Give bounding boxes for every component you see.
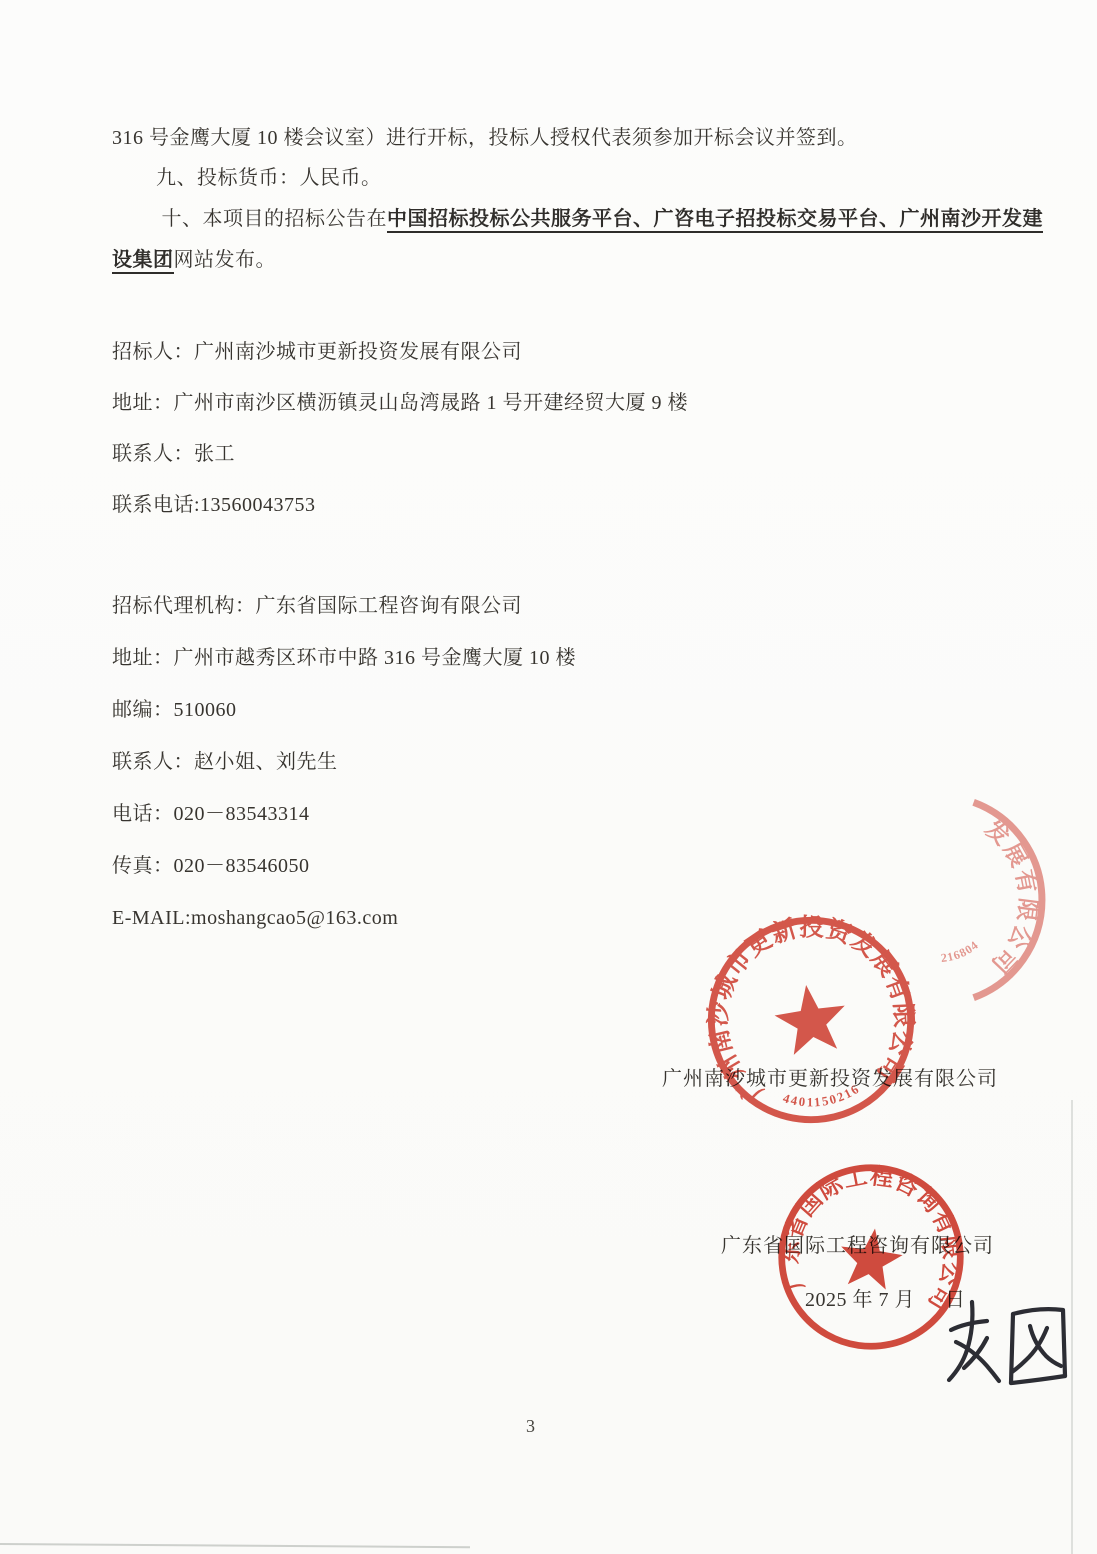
info-line-address: 地址：广州市南沙区横沥镇灵山岛湾晟路 1 号开建经贸大厦 9 楼 [112, 378, 688, 429]
info-line-agency-address: 地址：广州市越秀区环市中路 316 号金鹰大厦 10 楼 [112, 632, 576, 684]
scanned-document-page: 316 号金鹰大厦 10 楼会议室）进行开标，投标人授权代表须参加开标会议并签到… [0, 0, 1097, 1554]
svg-text:216804: 216804 [940, 938, 981, 965]
info-line-contact: 联系人：张工 [112, 429, 688, 480]
underlined-platforms-line1: 中国招标投标公共服务平台、广咨电子招投标交易平台、广州南沙开发建 [387, 208, 1043, 233]
tenderer-info-block: 招标人：广州南沙城市更新投资发展有限公司 地址：广州市南沙区横沥镇灵山岛湾晟路 … [112, 327, 688, 531]
paragraph-item-10: 十、本项目的招标公告在中国招标投标公共服务平台、广咨电子招投标交易平台、广州南沙… [112, 199, 1092, 281]
seal-star-icon [771, 980, 851, 1057]
partial-seal-code: 216804 [940, 938, 981, 965]
partial-seal-text: 发展有限公司 [980, 815, 1041, 979]
continuation-text: 316 号金鹰大厦 10 楼会议室）进行开标，投标人授权代表须参加开标会议并签到… [112, 127, 858, 149]
info-line-postcode: 邮编：510060 [112, 684, 576, 736]
item9-text: 九、投标货币：人民币。 [156, 167, 382, 189]
page-number: 3 [526, 1416, 535, 1437]
info-line-agency-fax: 传真：020－83546050 [112, 840, 576, 892]
info-line-agency-email: E-MAIL:moshangcao5@163.com [112, 892, 576, 944]
info-line-tenderer: 招标人：广州南沙城市更新投资发展有限公司 [112, 327, 688, 378]
handwritten-signature [933, 1286, 1073, 1398]
info-line-agency-phone: 电话：020－83543314 [112, 788, 576, 840]
seal-star-icon [836, 1224, 906, 1291]
info-line-agency-contact: 联系人：赵小姐、刘先生 [112, 736, 576, 788]
info-line-phone: 联系电话:13560043753 [112, 480, 688, 531]
paragraph-item-9: 九、投标货币：人民币。 [112, 158, 1092, 199]
agency-info-block: 招标代理机构：广东省国际工程咨询有限公司 地址：广州市越秀区环市中路 316 号… [112, 580, 576, 944]
scan-edge-line-bottom [0, 1543, 470, 1548]
item10-prefix: 十、本项目的招标公告在 [118, 208, 388, 230]
underlined-platforms-line2: 设集团 [112, 249, 174, 274]
signature-strokes [949, 1302, 1065, 1383]
scan-edge-line-right [1071, 1100, 1073, 1554]
svg-text:发展有限公司: 发展有限公司 [980, 815, 1041, 979]
tenderer-seal-stamp: 广州南沙城市更新投资发展有限公司 4401150216 [703, 912, 919, 1128]
item10-suffix: 网站发布。 [174, 249, 277, 271]
info-line-agency: 招标代理机构：广东省国际工程咨询有限公司 [112, 580, 576, 632]
paragraph-continuation: 316 号金鹰大厦 10 楼会议室）进行开标，投标人授权代表须参加开标会议并签到… [112, 118, 1092, 159]
